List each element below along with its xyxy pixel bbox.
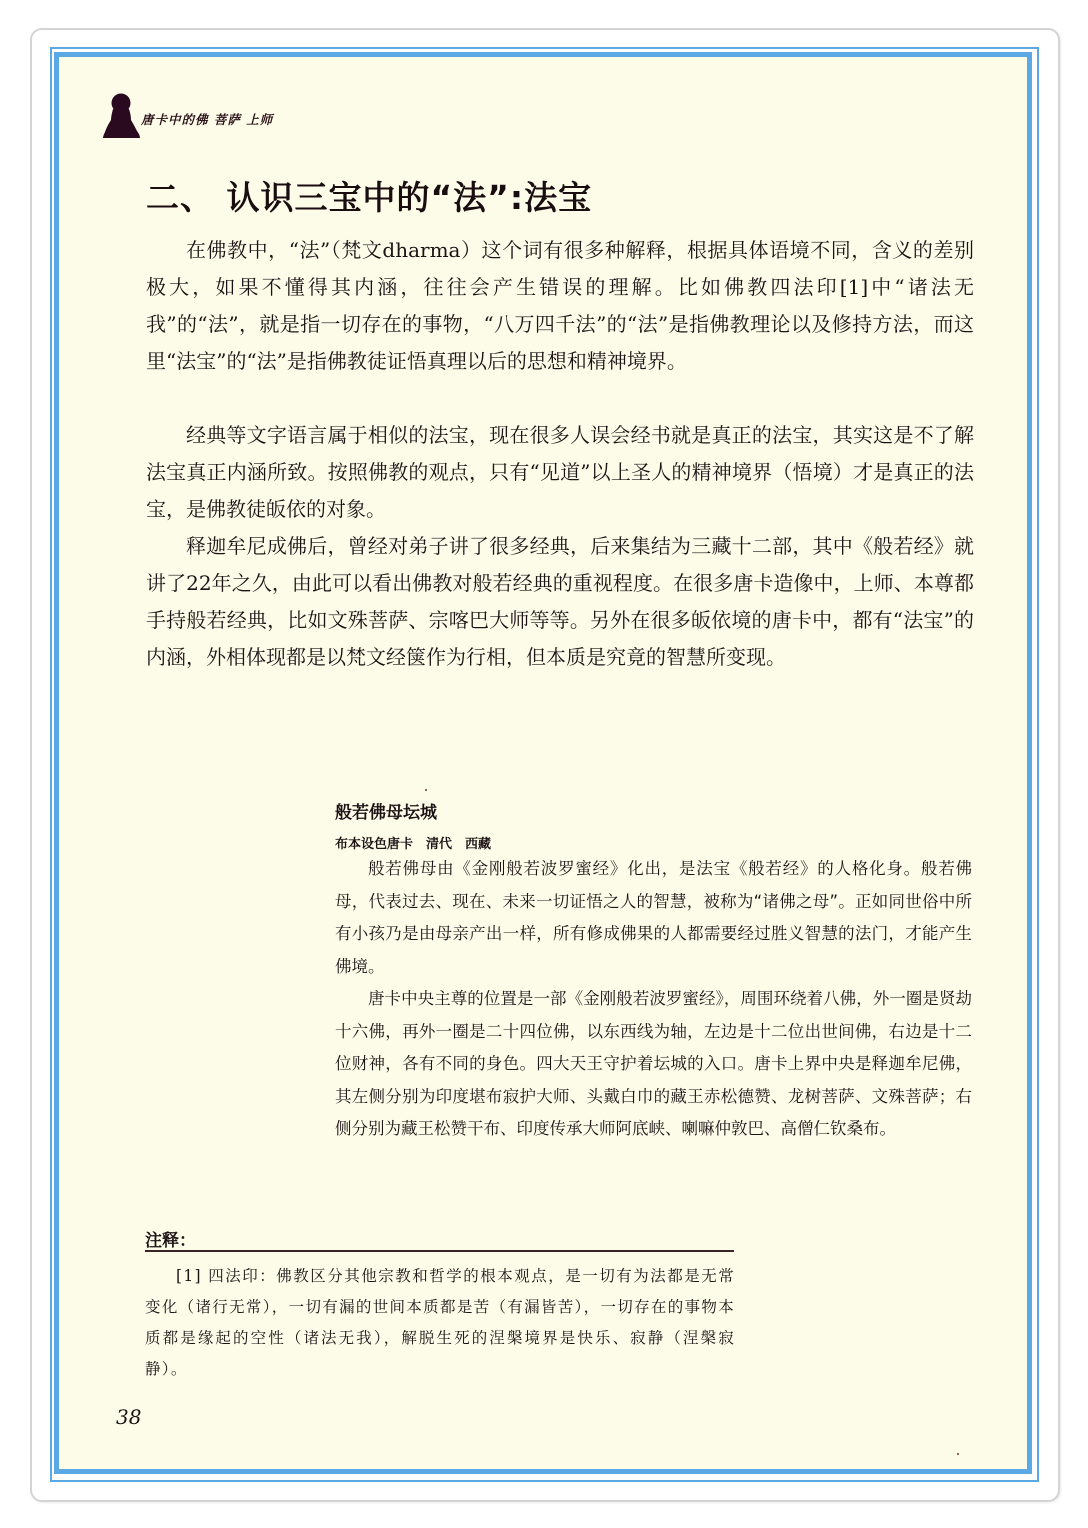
caption-paragraph-2: 唐卡中央主尊的位置是一部《金刚般若波罗蜜经》，周围环绕着八佛，外一圈是贤劫十六佛… <box>335 983 972 1146</box>
notes-divider <box>145 1250 734 1252</box>
section-title: 二、 认识三宝中的“法”:法宝 <box>146 172 592 219</box>
body-paragraph-3: 释迦牟尼成佛后，曾经对弟子讲了很多经典，后来集结为三藏十二部，其中《般若经》就讲… <box>146 528 974 676</box>
notes-label: 注释： <box>145 1226 196 1251</box>
running-title: 唐卡中的佛 菩萨 上师 <box>141 110 273 128</box>
body-paragraph-2: 经典等文字语言属于相似的法宝，现在很多人误会经书就是真正的法宝，其实这是不了解法… <box>146 417 974 528</box>
caption-subtitle: 布本设色唐卡 清代 西藏 <box>335 833 491 852</box>
caption-paragraph-1: 般若佛母由《金刚般若波罗蜜经》化出，是法宝《般若经》的人格化身。般若佛母，代表过… <box>335 853 972 983</box>
print-speck <box>425 789 427 791</box>
body-paragraph-1: 在佛教中，“法”（梵文dharma）这个词有很多种解释，根据具体语境不同，含义的… <box>146 232 974 380</box>
footnote-1: [1] 四法印：佛教区分其他宗教和哲学的根本观点，是一切有为法都是无常变化（诸行… <box>145 1261 735 1385</box>
print-speck <box>957 1453 959 1455</box>
caption-title: 般若佛母坛城 <box>335 798 437 823</box>
buddha-silhouette-icon <box>101 92 143 140</box>
page-number: 38 <box>116 1405 141 1429</box>
